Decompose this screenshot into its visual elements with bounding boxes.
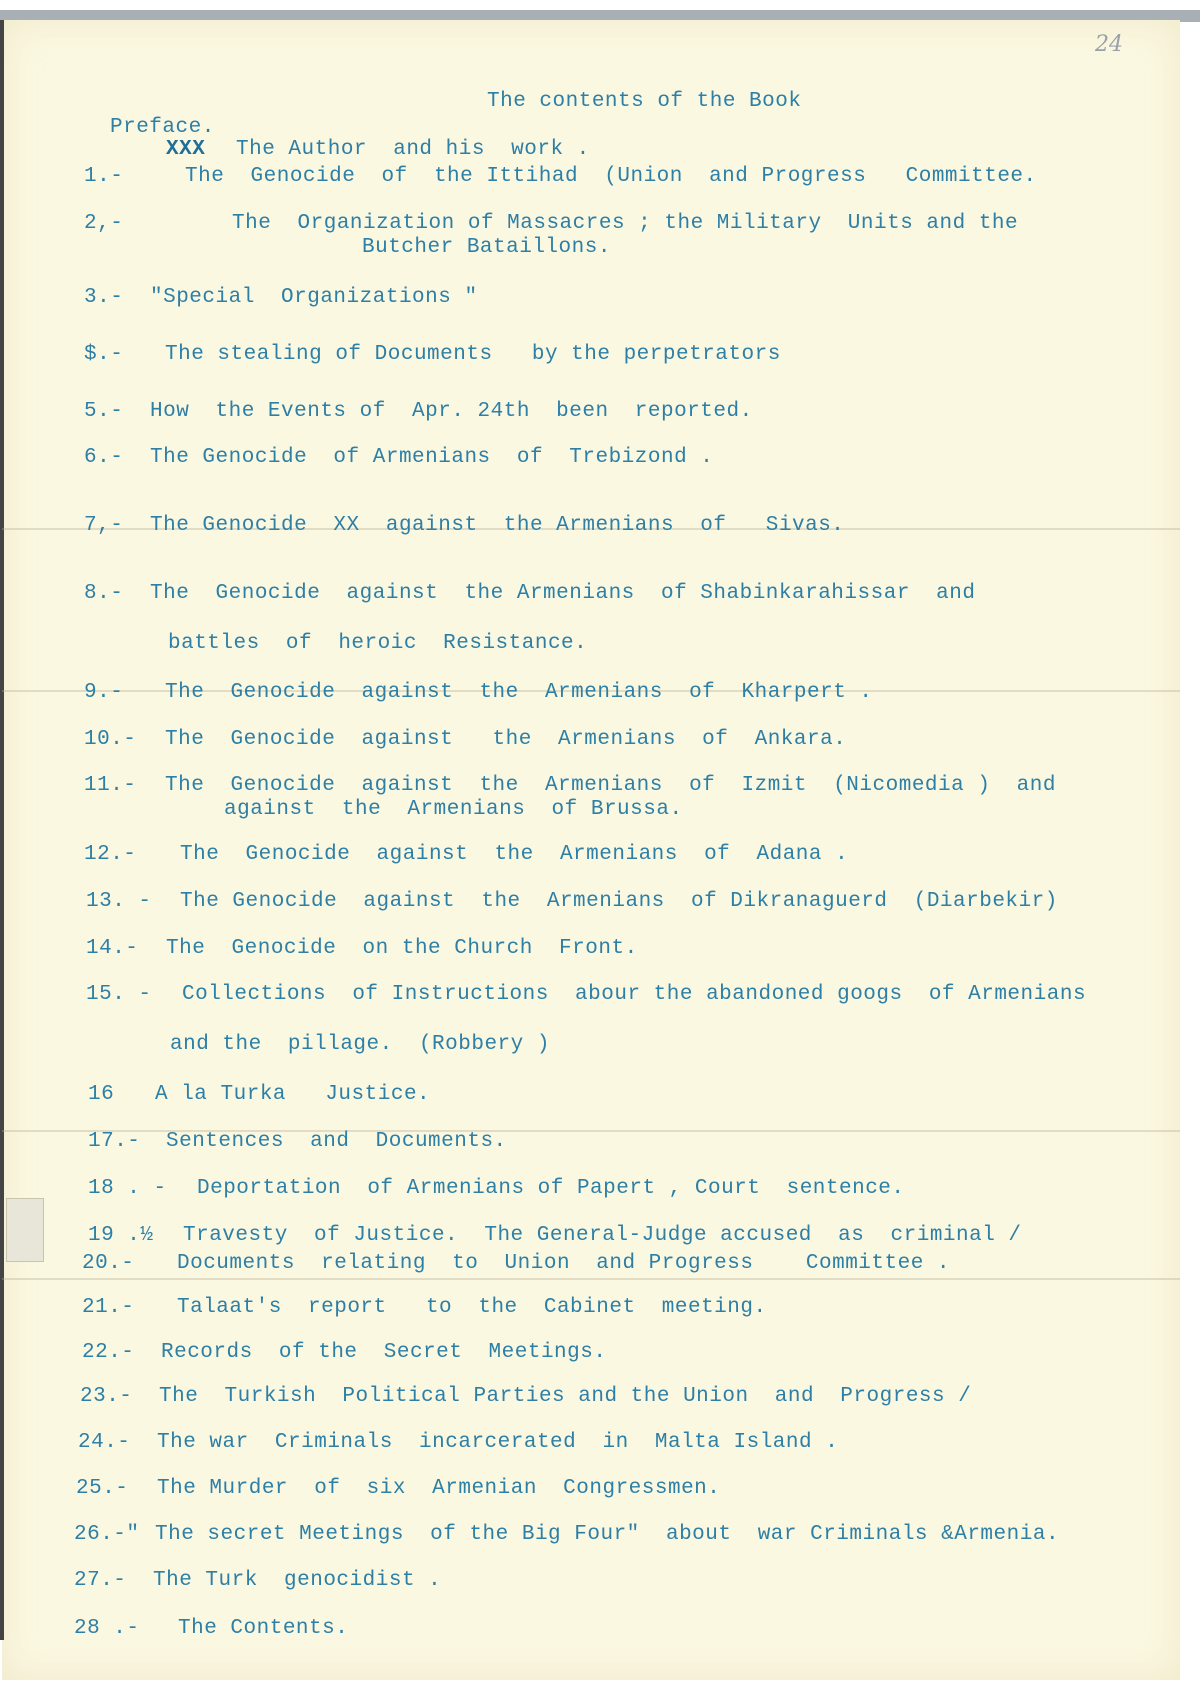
entry-title: Collections of Instructions abour the ab… [182,983,1086,1006]
entry-number: 25.- [76,1477,128,1500]
entry-number: $.- [84,343,123,366]
entry-title: Records of the Secret Meetings. [161,1341,606,1364]
page-number: 24 [1095,32,1123,57]
entry-number: 16 [88,1083,114,1106]
entry-number: 3.- [84,286,123,309]
entry-title: The Genocide XX against the Armenians of… [150,514,844,537]
entry-number: 13. - [86,890,152,913]
entry-number: 27.- [74,1569,126,1592]
entry-number: 6.- [84,446,123,469]
page-title: The contents of the Book [487,90,801,113]
entry-number: 26.-" [74,1523,140,1546]
entry-title: The Organization of Massacres ; the Mili… [232,212,1018,235]
entry-number: 15. - [86,983,152,1006]
entry-continuation: against the Armenians of Brussa. [224,798,683,821]
entry-continuation: battles of heroic Resistance. [168,632,587,655]
entry-number: 20.- [82,1252,134,1275]
entry-title: The Genocide on the Church Front. [166,937,638,960]
entry-title: Sentences and Documents. [166,1130,507,1153]
entry-title: How the Events of Apr. 24th been reporte… [150,400,753,423]
entry-number: 9.- [84,681,123,704]
entry-title: The Genocide against the Armenians of Kh… [165,681,873,704]
entry-continuation: and the pillage. (Robbery ) [170,1033,550,1056]
entry-number: 12.- [84,843,136,866]
entry-title: The war Criminals incarcerated in Malta … [157,1431,838,1454]
entry-number: 18 . - [88,1177,167,1200]
entry-number: 17.- [88,1130,140,1153]
entry-title: The Genocide against the Armenians of Di… [180,890,1058,913]
entry-number: 23.- [80,1385,132,1408]
entry-number: 2,- [84,212,123,235]
entry-number: 21.- [82,1296,134,1319]
page-left-edge [0,20,4,1640]
entry-title: Deportation of Armenians of Papert , Cou… [197,1177,905,1200]
entry-title: The Contents. [178,1617,348,1640]
entry-number: 19 .½ [88,1224,154,1247]
entry-number: 24.- [78,1431,130,1454]
entry-number: 11.- [84,774,136,797]
entry-title: The Genocide against the Armenians of Iz… [165,774,1056,797]
entry-title: "Special Organizations " [150,286,478,309]
paper-tab [6,1198,44,1262]
strikeout-mark: XXX [166,138,205,161]
entry-title: Documents relating to Union and Progress… [177,1252,950,1275]
entry-title: The Genocide against the Armenians of Sh… [150,582,975,605]
fold-line [2,1278,1180,1280]
entry-number: 14.- [86,937,138,960]
entry-title: Talaat's report to the Cabinet meeting. [177,1296,767,1319]
entry-number: 7,- [84,514,123,537]
entry-title: The Murder of six Armenian Congressmen. [157,1477,720,1500]
entry-title: The Genocide of Armenians of Trebizond . [150,446,713,469]
entry-number: 28 .- [74,1617,140,1640]
entry-continuation: Butcher Bataillons. [362,236,611,259]
author-line: The Author and his work . [236,138,590,161]
entry-title: Travesty of Justice. The General-Judge a… [183,1224,1022,1247]
entry-title: The Turk genocidist . [153,1569,441,1592]
preface-heading: Preface. [110,116,215,139]
entry-number: 8.- [84,582,123,605]
entry-title: The Genocide of the Ittihad (Union and P… [185,165,1037,188]
entry-number: 1.- [84,165,123,188]
entry-title: The Genocide against the Armenians of An… [165,728,846,751]
entry-number: 5.- [84,400,123,423]
entry-title: The Turkish Political Parties and the Un… [159,1385,971,1408]
entry-title: The stealing of Documents by the perpetr… [165,343,781,366]
entry-number: 22.- [82,1341,134,1364]
entry-number: 10.- [84,728,136,751]
entry-title: The Genocide against the Armenians of Ad… [180,843,848,866]
entry-title: A la Turka Justice. [155,1083,430,1106]
entry-title: The secret Meetings of the Big Four" abo… [155,1523,1059,1546]
